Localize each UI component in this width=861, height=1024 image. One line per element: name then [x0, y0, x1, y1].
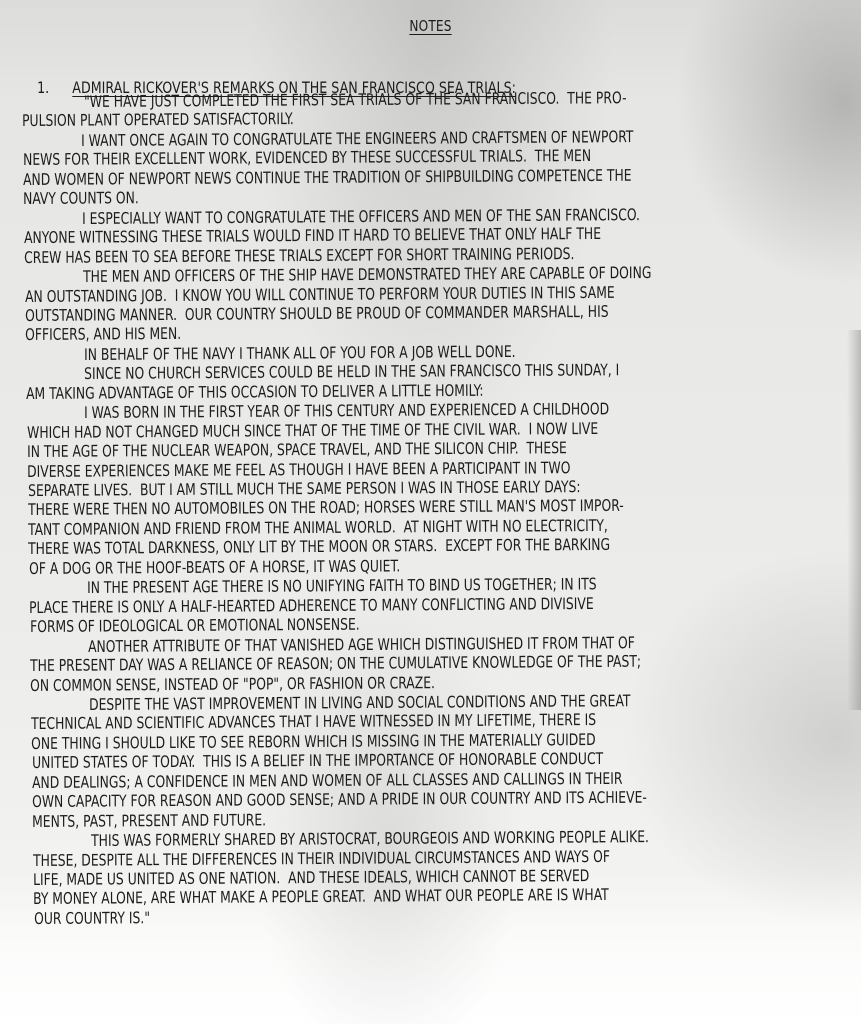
text-line: THERE WAS TOTAL DARKNESS, ONLY LIT BY TH…	[28, 535, 610, 558]
scanned-page: NOTES 1.ADMIRAL RICKOVER'S REMARKS ON TH…	[0, 0, 861, 1024]
text-line: BY MONEY ALONE, ARE WHAT MAKE A PEOPLE G…	[33, 885, 609, 908]
text-line: THE PRESENT DAY WAS A RELIANCE OF REASON…	[30, 652, 641, 675]
text-line: PULSION PLANT OPERATED SATISFACTORILY.	[22, 110, 294, 131]
text-line: SINCE NO CHURCH SERVICES COULD BE HELD I…	[84, 360, 619, 383]
section-number: 1.	[37, 78, 72, 97]
text-line: OF A DOG OR THE HOOF-BEATS OF A HORSE, I…	[29, 556, 400, 578]
text-line: NAVY COUNTS ON.	[23, 188, 139, 208]
text-line: OWN CAPACITY FOR REASON AND GOOD SENSE; …	[32, 788, 647, 811]
text-line: FORMS OF IDEOLOGICAL OR EMOTIONAL NONSEN…	[30, 615, 360, 636]
text-line: OUTSTANDING MANNER. OUR COUNTRY SHOULD B…	[25, 302, 609, 325]
text-line: AM TAKING ADVANTAGE OF THIS OCCASION TO …	[26, 381, 484, 403]
text-line: OUR COUNTRY IS."	[34, 908, 150, 928]
text-line: IN THE AGE OF THE NUCLEAR WEAPON, SPACE …	[27, 438, 567, 461]
text-line: OFFICERS, AND HIS MEN.	[25, 324, 181, 344]
text-line: MENTS, PAST, PRESENT AND FUTURE.	[32, 810, 266, 831]
text-line: "WE HAVE JUST COMPLETED THE FIRST SEA TR…	[84, 88, 627, 111]
text-line: PLACE THERE IS ONLY A HALF-HEARTED ADHER…	[29, 594, 594, 617]
title-text: NOTES	[409, 17, 451, 35]
page-title: NOTES	[43, 17, 818, 35]
scan-shadow	[847, 330, 861, 710]
text-line: AND WOMEN OF NEWPORT NEWS CONTINUE THE T…	[23, 165, 632, 188]
text-line: ON COMMON SENSE, INSTEAD OF "POP", OR FA…	[30, 673, 435, 695]
